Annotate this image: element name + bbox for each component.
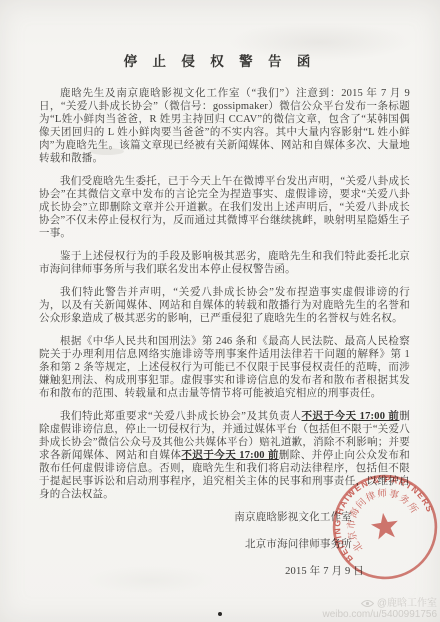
document-title: 停 止 侵 权 警 告 函	[0, 0, 440, 70]
deadline-emphasis: 不迟于今天 17:00 前	[301, 411, 399, 422]
paragraph-legal-basis: 根据《中华人民共和国刑法》第 246 条和《最高人民法院、最高人民检察院关于办理…	[39, 335, 410, 400]
ink-dot	[218, 612, 222, 616]
paragraph-demands: 我们特此郑重要求“关爱八卦成长协会”及其负责人不迟于今天 17:00 前删除虚假…	[39, 410, 410, 501]
paragraph-statement: 我们受鹿晗先生委托，已于今天上午在微博平台发出声明，“关爱八卦成长协会”在其微信…	[39, 175, 410, 240]
watermark-handle: @鹿晗工作室	[377, 598, 437, 609]
signature-date: 2015 年 7 月 9 日	[39, 565, 410, 578]
scanned-letter-page: 停 止 侵 权 警 告 函 鹿晗先生及南京鹿晗影视文化工作室（“我们”）注意到：…	[0, 0, 440, 622]
scan-smudge	[90, 148, 124, 155]
paragraph-entrust: 鉴于上述侵权行为的手段及影响极其恶劣，鹿晗先生和我们特此委托北京市海问律师事务所…	[39, 250, 410, 276]
weibo-watermark: @鹿晗工作室 weibo.com/u/5400991756	[322, 598, 437, 620]
weibo-eye-icon	[361, 599, 374, 608]
letter-body: 鹿晗先生及南京鹿晗影视文化工作室（“我们”）注意到：2015 年 7 月 9 日…	[0, 87, 440, 578]
deadline-emphasis: 不迟于今天 17:00 前	[181, 450, 278, 461]
signature-studio: 南京鹿晗影视文化工作室	[39, 511, 410, 524]
signature-block: 南京鹿晗影视文化工作室 北京市海问律师事务所 2015 年 7 月 9 日	[39, 511, 410, 578]
signature-law-firm: 北京市海问律师事务所	[39, 538, 410, 551]
paragraph-warning: 我们特此警告并声明，“关爱八卦成长协会”发布捏造事实虚假诽谤的行为，以及有关新闻…	[39, 286, 410, 325]
watermark-url: weibo.com/u/5400991756	[322, 609, 437, 620]
demand-text: 我们特此郑重要求“关爱八卦成长协会”及其负责人	[60, 411, 301, 422]
